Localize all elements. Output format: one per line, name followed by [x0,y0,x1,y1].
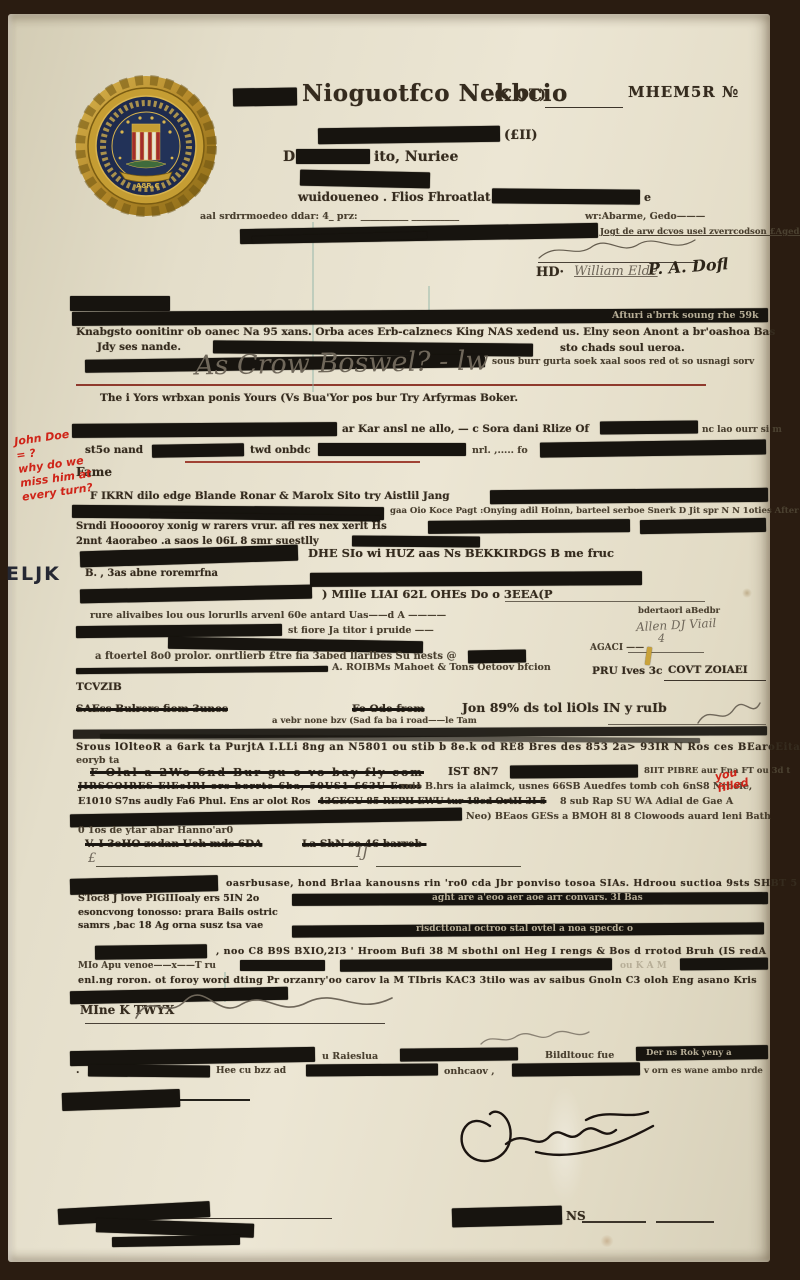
text-line: As Crow Boswel? - lw [195,347,489,380]
redaction-bar [490,488,768,504]
text-line: e [644,192,651,204]
text-line: ar Kar ansl ne allo, — c Sora dani Rlize… [342,424,589,435]
text-line: AGACI —— [590,644,644,653]
text-line: Jdy ses nande. [97,342,181,353]
text-line: 4 [658,633,665,645]
pencil-scribble [535,232,700,266]
text-line: DHE SIo wi HUZ aas Ns BEKKIRDGS B me fru… [308,547,614,559]
redaction-bar [452,1206,562,1228]
text-line: nc lao ourr si m [702,426,782,435]
text-line: ou K A M [620,962,667,971]
document-title-suffix: (C OT) [494,88,546,103]
pencil-scribble [130,986,400,1026]
text-line: oasrbusase, hond Brlaa kanousns rin 'ro0… [226,879,798,889]
text-line: SToc8 J love PIGIIIoaly ers 5IN 2o [78,894,259,904]
redaction-bar [300,170,430,189]
text-line: 8 sub Rap SU WA Adial de Gae A [560,797,733,807]
redaction-bar [233,87,297,106]
text-line: 0 1os de ytar abar Hanno'ar0 [78,826,233,836]
paper-stain [742,588,752,598]
redaction-bar [510,765,638,779]
text-line: Hee cu bzz ad [216,1067,286,1076]
redaction-bar [88,1064,210,1077]
text-line: Srndi Hooooroy xonig w rarers vrur. afl … [76,522,387,533]
margin-stamp: ELJK [6,565,61,585]
text-line: IJ [356,845,368,861]
text-line: esoncvong tonosso: prara Bails ostric [78,908,278,918]
text-line: nrl. ,..... fo [472,446,528,456]
pencil-scribble [692,693,764,731]
redaction-bar [296,149,370,164]
text-line: twd onbdc [250,445,311,456]
redaction-bar [95,944,207,960]
redaction-bar [306,1064,438,1077]
text-line: Afturi a'brrk soung rhe 59k [612,311,759,321]
rule-line [664,680,766,681]
text-line: MIo Apu venoe——x——T ru [78,962,216,971]
text-line: Jon 89% ds tol liOls IN y ruIb [462,701,667,714]
text-line: aal srdrrmoedeo ddar: 4_ prz: __________… [200,212,459,222]
redaction-bar [512,1062,640,1076]
text-line: Der ns Rok yeny a [646,1049,732,1058]
text-line: xoie B.hrs ia alaimck, usnes 66SB Auedfe… [400,782,752,792]
scanned-document-page: A8R.C Nioguotfco Nekbcio (C OT) MHEM5R №… [0,0,800,1280]
redaction-bar [152,443,244,458]
text-line: V. I 3oHO zodan Ueh mds 6DA [85,839,262,850]
redaction-bar [640,518,766,534]
redaction-bar [310,571,642,587]
text-line: eoryb ta [76,756,119,766]
text-line: 2nnt 4aorabeo .a saos le 06L 8 smr suest… [76,537,319,548]
redaction-bar [340,958,612,971]
red-margin-note: John Doe = ? why do we miss him at every… [13,425,94,504]
rule-line [376,866,521,867]
text-line: 43GEGU 85 REPH EWU tur 18cd OrtH 3I 5 [318,797,546,807]
redaction-bar [76,624,282,638]
text-line: IST 8N7 [448,766,498,778]
paper-stain [600,1235,614,1247]
text-line: sto chads soul ueroa. [560,343,685,354]
text-line: TCVZIB [76,682,122,693]
ink-signature [448,1080,663,1175]
text-line: st5o nand [85,445,143,456]
text-line: PRU Ives 3c [592,666,662,677]
text-line: rure alivaibes lou ous lorurlls arvenl 6… [90,611,446,621]
text-line: ) MIlIe LIAI 62L OHEs Do o 3EEA(P [322,588,552,600]
text-line: onhcaov , [444,1067,495,1077]
text-line: v orn es wane ambo nrde [644,1067,763,1076]
text-line: Knabgsto oonitinr ob oanec Na 95 xans. O… [76,327,775,338]
memo-number: MHEM5R № [628,85,739,101]
text-line: E1010 S7ns audly Fa6 Phul. Ens ar olot R… [78,797,310,807]
redaction-bar [318,126,500,145]
text-line: enl.ng roron. ot foroy word dting Pr orz… [78,976,757,986]
rule-line [582,1221,646,1223]
text-line: SAEss Bulrers fiom 3unos [76,704,228,715]
text-line: F Olal a 2Wo 6nd Bur gu o vo bay fly com [90,767,424,779]
text-line: D [283,150,295,165]
text-line: NS [566,1210,586,1223]
text-line: A. ROIBMs Mahoet & Tons Oetoov bfcion [332,663,551,673]
text-line: st fiore Ja titor i pruide —— [288,626,434,636]
text-line: u Raieslua [322,1052,378,1062]
paper-crease [428,286,430,312]
rule-line [185,461,420,463]
seal-caption: A8R.C [136,183,160,190]
rule-line [180,1099,250,1101]
text-line: sous burr gurta soek xaal soos red ot so… [492,358,754,367]
text-line: Neo) BEaos GESs a BMOH 8l 8 Clowoods aua… [466,812,771,822]
text-line: a ftoertel 8o0 prolor. onrtlierb £tre fi… [95,652,457,663]
redaction-bar [492,188,640,204]
text-line: Bildltouc fue [545,1051,614,1061]
redaction-bar [318,443,466,456]
rule-line [656,1221,714,1223]
redaction-bar [240,960,325,971]
text-line: , noo C8 B9S BXIO,2I3 ' Hroom Bufi 38 M … [216,947,767,957]
rule-line [96,866,358,867]
text-line: gaa Oio Koce Pagt :Onying adil Hoinn, ba… [390,507,799,516]
text-line: Srous lOlteoR a 6ark ta PurjtA I.LLi 8ng… [76,743,800,754]
text-line: wuidoueneo . Flios Fhroatlat [298,191,491,204]
text-line: samrs ,bac 18 Ag orna susz tsa vae [78,921,263,931]
text-line: bdertaorl aBedbr [638,607,720,616]
rule-line [76,384,706,386]
redaction-bar [680,958,768,971]
redaction-bar [600,420,698,434]
text-line: wr:Abarme, Gedo——— [585,212,705,222]
rule-line [505,601,705,602]
text-line: aght are a'eoo aer aoe arr convars. 3I B… [432,894,643,903]
text-line: JIRSCOIRES ElEoIRI ors borrte 6ba, 50US1… [78,782,421,792]
text-line: Fo Ode from [352,704,425,715]
text-line: F IKRN dilo edge Blande Ronar & Marolx S… [90,491,450,502]
text-line: The i Yors wrbxan ponis Yours (Vs Bua'Yo… [100,393,518,404]
text-line: ito, Nuriee [374,150,458,165]
pencil-scribble [475,1026,595,1052]
federal-seal-icon [70,70,222,222]
text-line: (£II) [504,129,538,143]
text-line: B. , 3as abne roremrfna [85,569,218,580]
text-line: COVT ZOIAEI [668,665,748,676]
text-line: William Elde [574,265,658,279]
text-line: risdcttonal octroo stal ovtel a noa spec… [416,925,633,934]
redaction-bar [72,422,337,438]
redaction-bar [428,519,630,534]
text-line: HD· [536,266,564,280]
text-line: . [76,1066,79,1077]
redaction-bar [540,439,766,457]
text-line: a vebr none bzv (Sad fa ba i road——le Ta… [272,717,477,726]
text-line: £ [88,852,96,866]
rule-line [545,107,623,108]
redaction-bar [70,296,170,311]
